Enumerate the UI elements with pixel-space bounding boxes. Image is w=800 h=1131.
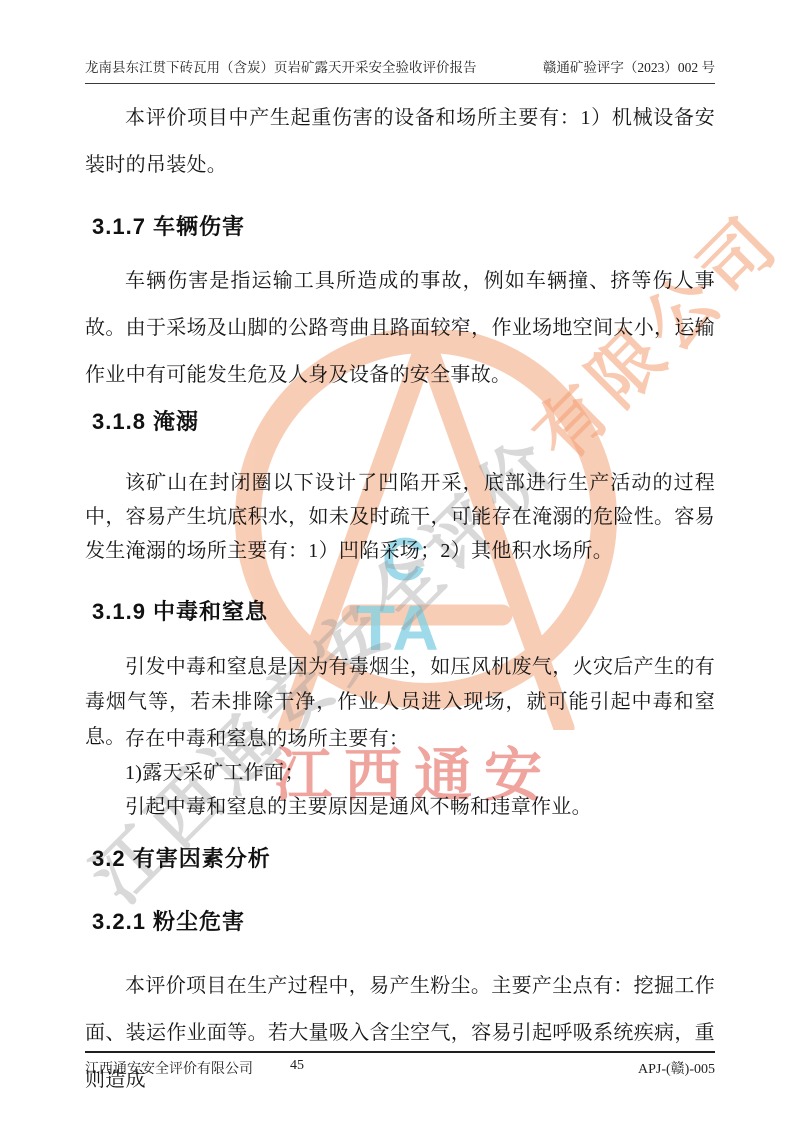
header-rule [85,83,715,84]
list-item-open-pit-face: 1)露天采矿工作面； [85,756,715,790]
document-content: 龙南县东江贯下砖瓦用（含炭）页岩矿露天开采安全验收评价报告 赣通矿验评字（202… [0,0,800,1131]
list-intro-line: 存在中毒和窒息的场所主要有： [85,722,715,756]
paragraph-dust-hazard: 本评价项目在生产过程中，易产生粉尘。主要产尘点有：挖掘工作面、装运作业面等。若大… [85,963,715,1104]
footer-doc-code: APJ-(赣)-005 [638,1058,715,1078]
section-heading-3-1-9: 3.1.9 中毒和窒息 [92,595,268,626]
section-heading-3-1-8: 3.1.8 淹溺 [92,405,199,436]
header-doc-number: 赣通矿验评字（2023）002 号 [543,56,715,76]
list-cause-line: 引起中毒和窒息的主要原因是通风不畅和违章作业。 [85,790,715,824]
section-heading-3-1-7: 3.1.7 车辆伤害 [92,210,245,241]
paragraph-lifting-hazard: 本评价项目中产生起重伤害的设备和场所主要有：1）机械设备安装时的吊装处。 [85,95,715,189]
paragraph-drowning: 该矿山在封闭圈以下设计了凹陷开采，底部进行生产活动的过程中，容易产生坑底积水，如… [85,466,715,568]
footer-company: 江西通安安全评价有限公司 [85,1058,253,1078]
section-heading-3-2: 3.2 有害因素分析 [92,842,271,873]
header-report-title: 龙南县东江贯下砖瓦用（含炭）页岩矿露天开采安全验收评价报告 [85,56,477,76]
page-number: 45 [290,1058,304,1074]
section-heading-3-2-1: 3.2.1 粉尘危害 [92,905,245,936]
paragraph-vehicle-injury: 车辆伤害是指运输工具所造成的事故，例如车辆撞、挤等伤人事故。由于采场及山脚的公路… [85,258,715,399]
report-page: C TA 江西通安安全评价有限公司 江西通安 龙南县东江贯下砖瓦用（含炭）页岩矿… [0,0,800,1131]
footer-rule [85,1051,715,1053]
poisoning-places-list: 存在中毒和窒息的场所主要有： 1)露天采矿工作面； 引起中毒和窒息的主要原因是通… [85,722,715,824]
